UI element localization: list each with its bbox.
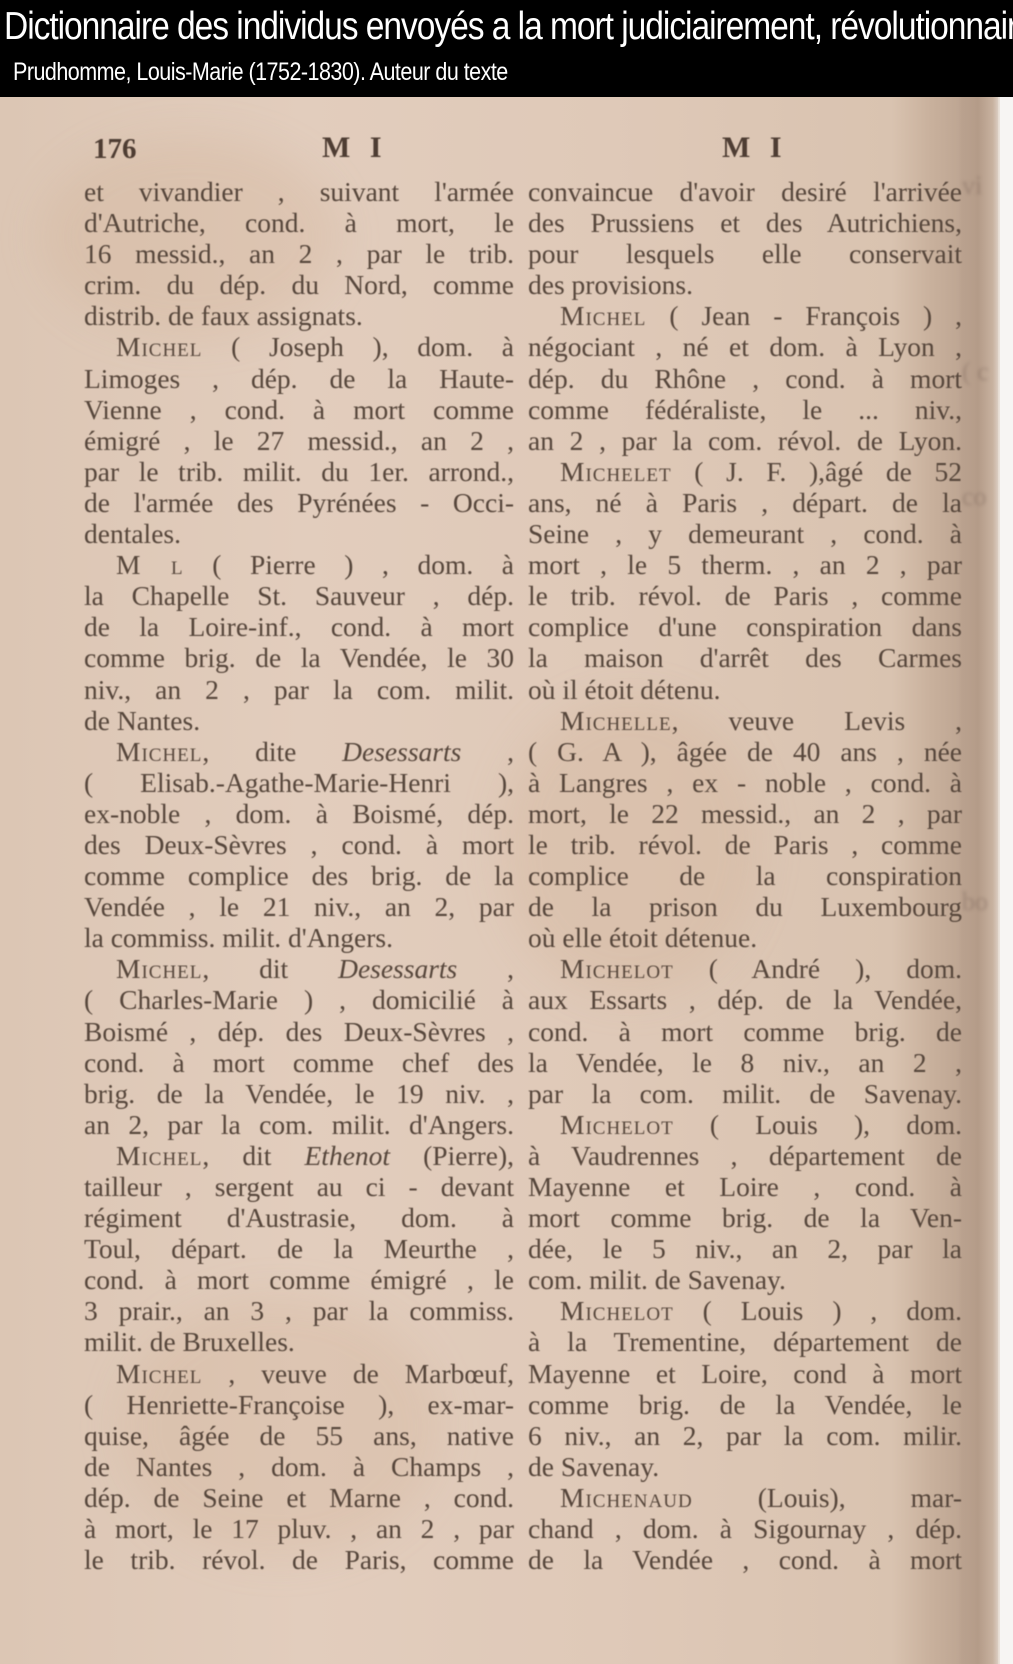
line-text: an 2, par la com. milit. d'Angers. <box>84 1109 514 1140</box>
text-line: de la Vendée , cond. à mort <box>528 1544 962 1575</box>
text-line: à Vaudrennes , département de <box>528 1140 962 1171</box>
line-text: cond. à mort comme chef des <box>84 1047 514 1078</box>
line-text: de Savenay. <box>528 1451 659 1482</box>
line-text: le trib. révol. de Paris , comme <box>528 580 962 611</box>
line-text: négociant , né et dom. à Lyon , <box>528 331 962 362</box>
line-text: dée, le 5 niv., an 2, par la <box>528 1233 962 1264</box>
text-line: comme brig. de la Vendée, le 30 <box>84 642 514 673</box>
text-line: des Prussiens et des Autrichiens, <box>528 207 962 238</box>
text-line: 6 niv., an 2, par la com. milir. <box>528 1420 962 1451</box>
text-line: com. milit. de Savenay. <box>528 1264 962 1295</box>
line-text: ( Henriette-Françoise ), ex-mar- <box>84 1389 514 1420</box>
text-line: la Chapelle St. Sauveur , dép. <box>84 580 514 611</box>
text-line: complice de la conspiration <box>528 860 962 891</box>
text-line: de Nantes , dom. à Champs , <box>84 1451 514 1482</box>
text-line: à la Trementine, département de <box>528 1326 962 1357</box>
text-line: des provisions. <box>528 269 962 300</box>
text-line: ( G. A ), âgée de 40 ans , née <box>528 736 962 767</box>
line-text: où il étoit détenu. <box>528 674 720 705</box>
text-line: émigré , le 27 messid., an 2 , <box>84 425 514 456</box>
text-line: tailleur , sergent au ci - devant <box>84 1171 514 1202</box>
text-line: de l'armée des Pyrénées - Occi- <box>84 487 514 518</box>
line-text: ( Pierre ) , dom. à <box>184 549 514 580</box>
line-text: ( Louis ) , dom. <box>674 1295 962 1326</box>
text-line: comme fédéraliste, le ... niv., <box>528 394 962 425</box>
entry-name: Michelot <box>560 1109 674 1140</box>
entry-heading-line: Michel, dit Desessarts , <box>84 953 514 984</box>
document-author: Prudhomme, Louis-Marie (1752-1830). Aute… <box>13 57 508 87</box>
line-text: 6 niv., an 2, par la com. milir. <box>528 1420 962 1451</box>
document-title: Dictionnaire des individus envoyés a la … <box>4 4 1013 50</box>
line-text: ( Joseph ), dom. à <box>202 331 514 362</box>
line-text: dentales. <box>84 518 181 549</box>
line-text-tail: , <box>461 736 514 767</box>
text-line: de Nantes. <box>84 705 514 736</box>
bleed-through-text: ( c <box>962 357 1002 387</box>
text-line: an 2, par la com. milit. d'Angers. <box>84 1109 514 1140</box>
line-text: dép. du Rhône , cond. à mort <box>528 363 962 394</box>
text-line: cond. à mort comme émigré , le <box>84 1264 514 1295</box>
text-line: dentales. <box>84 518 514 549</box>
text-line: à Langres , ex - noble , cond. à <box>528 767 962 798</box>
entry-name: Michenaud <box>560 1482 693 1513</box>
line-text: ( Louis ), dom. <box>674 1109 962 1140</box>
line-text: à Langres , ex - noble , cond. à <box>528 767 962 798</box>
bleed-through-text: vi <box>962 171 1002 201</box>
text-line: où il étoit détenu. <box>528 674 962 705</box>
entry-name: Michel <box>116 1358 202 1389</box>
text-line: distrib. de faux assignats. <box>84 300 514 331</box>
line-text: mort , le 5 therm. , an 2 , par <box>528 549 962 580</box>
line-text: de la Vendée , cond. à mort <box>528 1544 962 1575</box>
text-line: chand , dom. à Sigournay , dép. <box>528 1513 962 1544</box>
line-text: distrib. de faux assignats. <box>84 300 363 331</box>
line-text: à la Trementine, département de <box>528 1326 962 1357</box>
text-line: la maison d'arrêt des Carmes <box>528 642 962 673</box>
text-line: négociant , né et dom. à Lyon , <box>528 331 962 362</box>
text-column-right: convaincue d'avoir desiré l'arrivéedes P… <box>528 176 962 1575</box>
line-text: chand , dom. à Sigournay , dép. <box>528 1513 962 1544</box>
line-text: comme brig. de la Vendée, le 30 <box>84 642 514 673</box>
text-line: cond. à mort comme chef des <box>84 1047 514 1078</box>
entry-heading-line: Michelet ( J. F. ),âgé de 52 <box>528 456 962 487</box>
line-text: , dit <box>202 953 338 984</box>
text-line: cond. à mort comme brig. de <box>528 1016 962 1047</box>
text-line: d'Autriche, cond. à mort, le <box>84 207 514 238</box>
text-line: Vendée , le 21 niv., an 2, par <box>84 891 514 922</box>
line-text: où elle étoit détenue. <box>528 922 757 953</box>
running-head-right: M I <box>722 131 788 165</box>
text-line: brig. de la Vendée, le 19 niv. , <box>84 1078 514 1109</box>
line-text: cond. à mort comme émigré , le <box>84 1264 514 1295</box>
text-line: par le trib. milit. du 1er. arrond., <box>84 456 514 487</box>
line-text: ( J. F. ),âgé de 52 <box>672 456 962 487</box>
line-text-tail: (Pierre), <box>390 1140 514 1171</box>
entry-heading-line: Michel ( Jean - François ) , <box>528 300 962 331</box>
line-text: Vendée , le 21 niv., an 2, par <box>84 891 514 922</box>
line-text: an 2 , par la com. révol. de Lyon. <box>528 425 962 456</box>
line-text: mort comme brig. de la Ven- <box>528 1202 962 1233</box>
text-line: complice d'une conspiration dans <box>528 611 962 642</box>
entry-heading-line: Michelot ( Louis ), dom. <box>528 1109 962 1140</box>
text-line: ( Elisab.-Agathe-Marie-Henri ), <box>84 767 514 798</box>
entry-heading-line: Michenaud (Louis), mar- <box>528 1482 962 1513</box>
text-line: dép. du Rhône , cond. à mort <box>528 363 962 394</box>
line-text: dép. de Seine et Marne , cond. <box>84 1482 514 1513</box>
text-line: niv., an 2 , par la com. milit. <box>84 674 514 705</box>
text-line: Toul, départ. de la Meurthe , <box>84 1233 514 1264</box>
line-text: la Chapelle St. Sauveur , dép. <box>84 580 514 611</box>
text-line: de Savenay. <box>528 1451 962 1482</box>
line-text: ans, né à Paris , départ. de la <box>528 487 962 518</box>
entry-name: Michel <box>116 953 202 984</box>
line-text: cond. à mort comme brig. de <box>528 1016 962 1047</box>
entry-name: Michel <box>116 736 202 767</box>
text-line: crim. du dép. du Nord, comme <box>84 269 514 300</box>
text-line: le trib. révol. de Paris , comme <box>528 580 962 611</box>
entry-heading-line: Michel, dit Ethenot (Pierre), <box>84 1140 514 1171</box>
text-line: comme brig. de la Vendée, le <box>528 1389 962 1420</box>
text-line: mort , le 5 therm. , an 2 , par <box>528 549 962 580</box>
line-text: Vienne , cond. à mort comme <box>84 394 514 425</box>
line-text: des provisions. <box>528 269 693 300</box>
italic-alias: Desessarts <box>342 736 461 767</box>
line-text: Seine , y demeurant , cond. à <box>528 518 962 549</box>
line-text: , veuve de Marbœuf, <box>202 1358 514 1389</box>
line-text: le trib. révol. de Paris , comme <box>528 829 962 860</box>
text-line: milit. de Bruxelles. <box>84 1326 514 1357</box>
entry-heading-line: Michel, dite Desessarts , <box>84 736 514 767</box>
line-text: comme complice des brig. de la <box>84 860 514 891</box>
line-text: ( Charles-Marie ) , domicilié à <box>84 984 514 1015</box>
line-text: crim. du dép. du Nord, comme <box>84 269 514 300</box>
text-line: régiment d'Austrasie, dom. à <box>84 1202 514 1233</box>
line-text: régiment d'Austrasie, dom. à <box>84 1202 514 1233</box>
line-text: convaincue d'avoir desiré l'arrivée <box>528 176 962 207</box>
line-text: de la Loire-inf., cond. à mort <box>84 611 514 642</box>
text-line: le trib. révol. de Paris, comme <box>84 1544 514 1575</box>
line-text: de Nantes , dom. à Champs , <box>84 1451 514 1482</box>
text-line: Mayenne et Loire, cond à mort <box>528 1358 962 1389</box>
line-text: des Prussiens et des Autrichiens, <box>528 207 962 238</box>
entry-name: M l <box>116 549 184 580</box>
line-text: comme brig. de la Vendée, le <box>528 1389 962 1420</box>
line-text: Boismé , dép. des Deux-Sèvres , <box>84 1016 514 1047</box>
text-line: mort comme brig. de la Ven- <box>528 1202 962 1233</box>
line-text: Limoges , dép. de la Haute- <box>84 363 514 394</box>
line-text: à Vaudrennes , département de <box>528 1140 962 1171</box>
line-text: la Vendée, le 8 niv., an 2 , <box>528 1047 962 1078</box>
line-text: de Nantes. <box>84 705 200 736</box>
line-text-tail: , <box>457 953 514 984</box>
text-line: Boismé , dép. des Deux-Sèvres , <box>84 1016 514 1047</box>
text-line: à mort, le 17 pluv. , an 2 , par <box>84 1513 514 1544</box>
page-number: 176 <box>93 133 137 166</box>
line-text: ( G. A ), âgée de 40 ans , née <box>528 736 962 767</box>
line-text: brig. de la Vendée, le 19 niv. , <box>84 1078 514 1109</box>
line-text: (Louis), mar- <box>693 1482 962 1513</box>
text-line: ( Henriette-Françoise ), ex-mar- <box>84 1389 514 1420</box>
entry-name: Michelot <box>560 1295 674 1326</box>
text-line: des Deux-Sèvres , cond. à mort <box>84 829 514 860</box>
entry-name: Michel <box>116 331 202 362</box>
text-line: Mayenne et Loire , cond. à <box>528 1171 962 1202</box>
line-text: Mayenne et Loire , cond. à <box>528 1171 962 1202</box>
text-line: an 2 , par la com. révol. de Lyon. <box>528 425 962 456</box>
text-line: et vivandier , suivant l'armée <box>84 176 514 207</box>
line-text: Mayenne et Loire, cond à mort <box>528 1358 962 1389</box>
line-text: de la prison du Luxembourg <box>528 891 962 922</box>
line-text: la commiss. milit. d'Angers. <box>84 922 393 953</box>
entry-heading-line: Michelot ( Louis ) , dom. <box>528 1295 962 1326</box>
line-text: , veuve Levis , <box>672 705 962 736</box>
entry-name: Michelle <box>560 705 672 736</box>
text-line: 3 prair., an 3 , par la commiss. <box>84 1295 514 1326</box>
text-line: convaincue d'avoir desiré l'arrivée <box>528 176 962 207</box>
text-line: Vienne , cond. à mort comme <box>84 394 514 425</box>
entry-name: Michel <box>560 300 646 331</box>
italic-alias: Ethenot <box>305 1140 391 1171</box>
line-text: ( Jean - François ) , <box>646 300 962 331</box>
page-edge <box>1000 97 1013 1664</box>
text-line: ( Charles-Marie ) , domicilié à <box>84 984 514 1015</box>
line-text: com. milit. de Savenay. <box>528 1264 786 1295</box>
entry-name: Michelot <box>560 953 674 984</box>
running-head-left: M I <box>322 131 388 165</box>
line-text: par la com. milit. de Savenay. <box>528 1078 962 1109</box>
line-text: 16 messid., an 2 , par le trib. <box>84 238 514 269</box>
line-text: tailleur , sergent au ci - devant <box>84 1171 514 1202</box>
text-line: quise, âgée de 55 ans, native <box>84 1420 514 1451</box>
text-line: le trib. révol. de Paris , comme <box>528 829 962 860</box>
line-text: des Deux-Sèvres , cond. à mort <box>84 829 514 860</box>
text-line: aux Essarts , dép. de la Vendée, <box>528 984 962 1015</box>
document-header-bar: Dictionnaire des individus envoyés a la … <box>0 0 1013 97</box>
line-text: à mort, le 17 pluv. , an 2 , par <box>84 1513 514 1544</box>
text-line: dép. de Seine et Marne , cond. <box>84 1482 514 1513</box>
line-text: aux Essarts , dép. de la Vendée, <box>528 984 962 1015</box>
text-line: ans, né à Paris , départ. de la <box>528 487 962 518</box>
italic-alias: Desessarts <box>338 953 457 984</box>
text-line: Limoges , dép. de la Haute- <box>84 363 514 394</box>
entry-heading-line: M l ( Pierre ) , dom. à <box>84 549 514 580</box>
text-line: de la prison du Luxembourg <box>528 891 962 922</box>
line-text: comme fédéraliste, le ... niv., <box>528 394 962 425</box>
line-text: quise, âgée de 55 ans, native <box>84 1420 514 1451</box>
entry-name: Michel <box>116 1140 202 1171</box>
line-text: et vivandier , suivant l'armée <box>84 176 514 207</box>
text-column-left: et vivandier , suivant l'arméed'Autriche… <box>84 176 514 1575</box>
text-line: la Vendée, le 8 niv., an 2 , <box>528 1047 962 1078</box>
line-text: complice d'une conspiration dans <box>528 611 962 642</box>
line-text: de l'armée des Pyrénées - Occi- <box>84 487 514 518</box>
line-text: la maison d'arrêt des Carmes <box>528 642 962 673</box>
text-line: de la Loire-inf., cond. à mort <box>84 611 514 642</box>
text-line: Seine , y demeurant , cond. à <box>528 518 962 549</box>
entry-heading-line: Michel ( Joseph ), dom. à <box>84 331 514 362</box>
text-line: comme complice des brig. de la <box>84 860 514 891</box>
line-text: milit. de Bruxelles. <box>84 1326 295 1357</box>
entry-heading-line: Michelle, veuve Levis , <box>528 705 962 736</box>
scanned-page-viewer[interactable]: 176 M I M I et vivandier , suivant l'arm… <box>0 97 1013 1664</box>
text-line: mort, le 22 messid., an 2 , par <box>528 798 962 829</box>
text-line: 16 messid., an 2 , par le trib. <box>84 238 514 269</box>
bleed-through-text: bo <box>962 887 1002 917</box>
text-line: où elle étoit détenue. <box>528 922 962 953</box>
line-text: complice de la conspiration <box>528 860 962 891</box>
text-line: pour lesquels elle conservait <box>528 238 962 269</box>
text-line: la commiss. milit. d'Angers. <box>84 922 514 953</box>
line-text: ( André ), dom. <box>674 953 962 984</box>
line-text: niv., an 2 , par la com. milit. <box>84 674 514 705</box>
line-text: ( Elisab.-Agathe-Marie-Henri ), <box>84 767 514 798</box>
line-text: émigré , le 27 messid., an 2 , <box>84 425 514 456</box>
line-text: mort, le 22 messid., an 2 , par <box>528 798 962 829</box>
line-text: le trib. révol. de Paris, comme <box>84 1544 514 1575</box>
entry-name: Michelet <box>560 456 672 487</box>
line-text: d'Autriche, cond. à mort, le <box>84 207 514 238</box>
text-line: ex-noble , dom. à Boismé, dép. <box>84 798 514 829</box>
page-gutter-shadow <box>958 97 998 1664</box>
text-line: dée, le 5 niv., an 2, par la <box>528 1233 962 1264</box>
entry-heading-line: Michel , veuve de Marbœuf, <box>84 1358 514 1389</box>
line-text: ex-noble , dom. à Boismé, dép. <box>84 798 514 829</box>
bleed-through-text: co <box>962 482 1002 512</box>
line-text: pour lesquels elle conservait <box>528 238 962 269</box>
text-line: par la com. milit. de Savenay. <box>528 1078 962 1109</box>
line-text: , dite <box>202 736 342 767</box>
line-text: 3 prair., an 3 , par la commiss. <box>84 1295 514 1326</box>
entry-heading-line: Michelot ( André ), dom. <box>528 953 962 984</box>
line-text: par le trib. milit. du 1er. arrond., <box>84 456 514 487</box>
line-text: Toul, départ. de la Meurthe , <box>84 1233 514 1264</box>
line-text: , dit <box>202 1140 304 1171</box>
